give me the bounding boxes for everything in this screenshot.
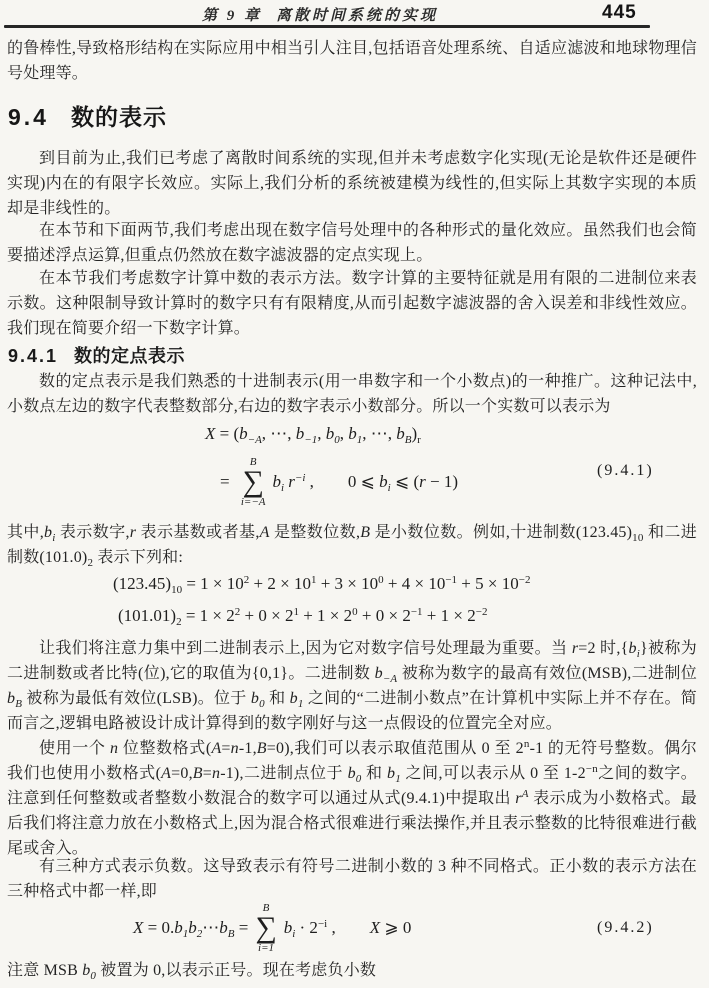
equation-941-line1: X = (b−A, ⋯, b−1, b0, b1, ⋯, bB)r xyxy=(205,424,421,444)
equation-941-line2: = B ∑ i=−A bi r−i , 0 ⩽ bi ⩽ (r − 1) xyxy=(220,453,458,511)
running-head-chapter-title: 离散时间系统的实现 xyxy=(276,8,438,24)
equation-binary-example: (101.01)2 = 1 × 22 + 0 × 21 + 1 × 20 + 0… xyxy=(118,606,487,626)
paragraph-radix-explanation: 其中,bi 表示数字,r 表示基数或者基,A 是整数位数,B 是小数位数。例如,… xyxy=(7,520,697,570)
textbook-page: 第 9 章离散时间系统的实现 445 的鲁棒性,导致格形结构在实际应用中相当引人… xyxy=(0,0,709,988)
summation-symbol-942: B ∑ i=1 xyxy=(255,902,276,955)
subsection-number: 9.4.1 xyxy=(8,346,58,366)
equation-decimal-example: (123.45)10 = 1 × 102 + 2 × 101 + 3 × 100… xyxy=(113,574,530,594)
paragraph-negative-numbers: 有三种方式表示负数。这导致表示有符号二进制小数的 3 种不同格式。正小数的表示方… xyxy=(7,854,697,904)
sigma-icon-942: ∑ xyxy=(255,914,276,943)
summation-symbol: B ∑ i=−A xyxy=(241,456,266,509)
equation-941-body: bi r−i , 0 ⩽ bi ⩽ (r − 1) xyxy=(272,472,458,492)
page-number: 445 xyxy=(602,2,637,24)
equation-941-number: (9.4.1) xyxy=(597,462,654,480)
paragraph-msb-sign-note: 注意 MSB b0 被置为 0,以表示正号。现在考虑负小数 xyxy=(7,958,697,983)
header-rule xyxy=(4,25,650,28)
sigma-icon: ∑ xyxy=(242,468,263,497)
paragraph-fixed-point-intro: 数的定点表示是我们熟悉的十进制表示(用一串数字和一个小数点)的一种推广。这种记法… xyxy=(7,369,697,419)
equation-942-number: (9.4.2) xyxy=(597,919,654,937)
section-heading: 9.4数的表示 xyxy=(8,99,167,132)
paragraph-finite-wordlength: 到目前为止,我们已考虑了离散时间系统的实现,但并未考虑数字化实现(无论是软件还是… xyxy=(7,146,697,221)
paragraph-lattice-robustness: 的鲁棒性,导致格形结构在实际应用中相当引人注目,包括语音处理系统、自适应滤波和地… xyxy=(7,36,697,86)
section-title: 数的表示 xyxy=(71,104,167,130)
subsection-title: 数的定点表示 xyxy=(74,346,185,366)
paragraph-quantization-effects: 在本节和下面两节,我们考虑出现在数字信号处理中的各种形式的量化效应。虽然我们也会… xyxy=(7,218,697,268)
equation-942-block: X = 0.b1b2⋯bB = B ∑ i=1 bi · 2−i , X ⩾ 0… xyxy=(0,899,709,959)
subsection-heading: 9.4.1数的定点表示 xyxy=(8,342,185,368)
running-head: 第 9 章离散时间系统的实现 xyxy=(0,4,640,25)
equation-941-equals: = xyxy=(220,472,234,492)
paragraph-integer-fraction-format: 使用一个 n 位整数格式(A=n-1,B=0),我们可以表示取值范围从 0 至 … xyxy=(7,736,697,861)
sum-lower-limit: i=−A xyxy=(241,496,266,508)
paragraph-number-representation-intro: 在本节我们考虑数字计算中数的表示方法。数字计算的主要特征就是用有限的二进制位来表… xyxy=(7,266,697,341)
equation-942-line: X = 0.b1b2⋯bB = B ∑ i=1 bi · 2−i , X ⩾ 0 xyxy=(133,899,411,957)
running-head-chapter-label: 第 9 章 xyxy=(202,8,262,24)
equation-942-body: bi · 2−i , X ⩾ 0 xyxy=(284,918,412,938)
paragraph-binary-msb-lsb: 让我们将注意力集中到二进制表示上,因为它对数字信号处理最为重要。当 r=2 时,… xyxy=(7,636,697,736)
sum-lower-limit-942: i=1 xyxy=(258,942,274,954)
section-number: 9.4 xyxy=(8,104,49,130)
equation-942-lhs: X = 0.b1b2⋯bB = xyxy=(133,918,248,938)
equation-941-block: X = (b−A, ⋯, b−1, b0, b1, ⋯, bB)r = B ∑ … xyxy=(0,420,709,525)
